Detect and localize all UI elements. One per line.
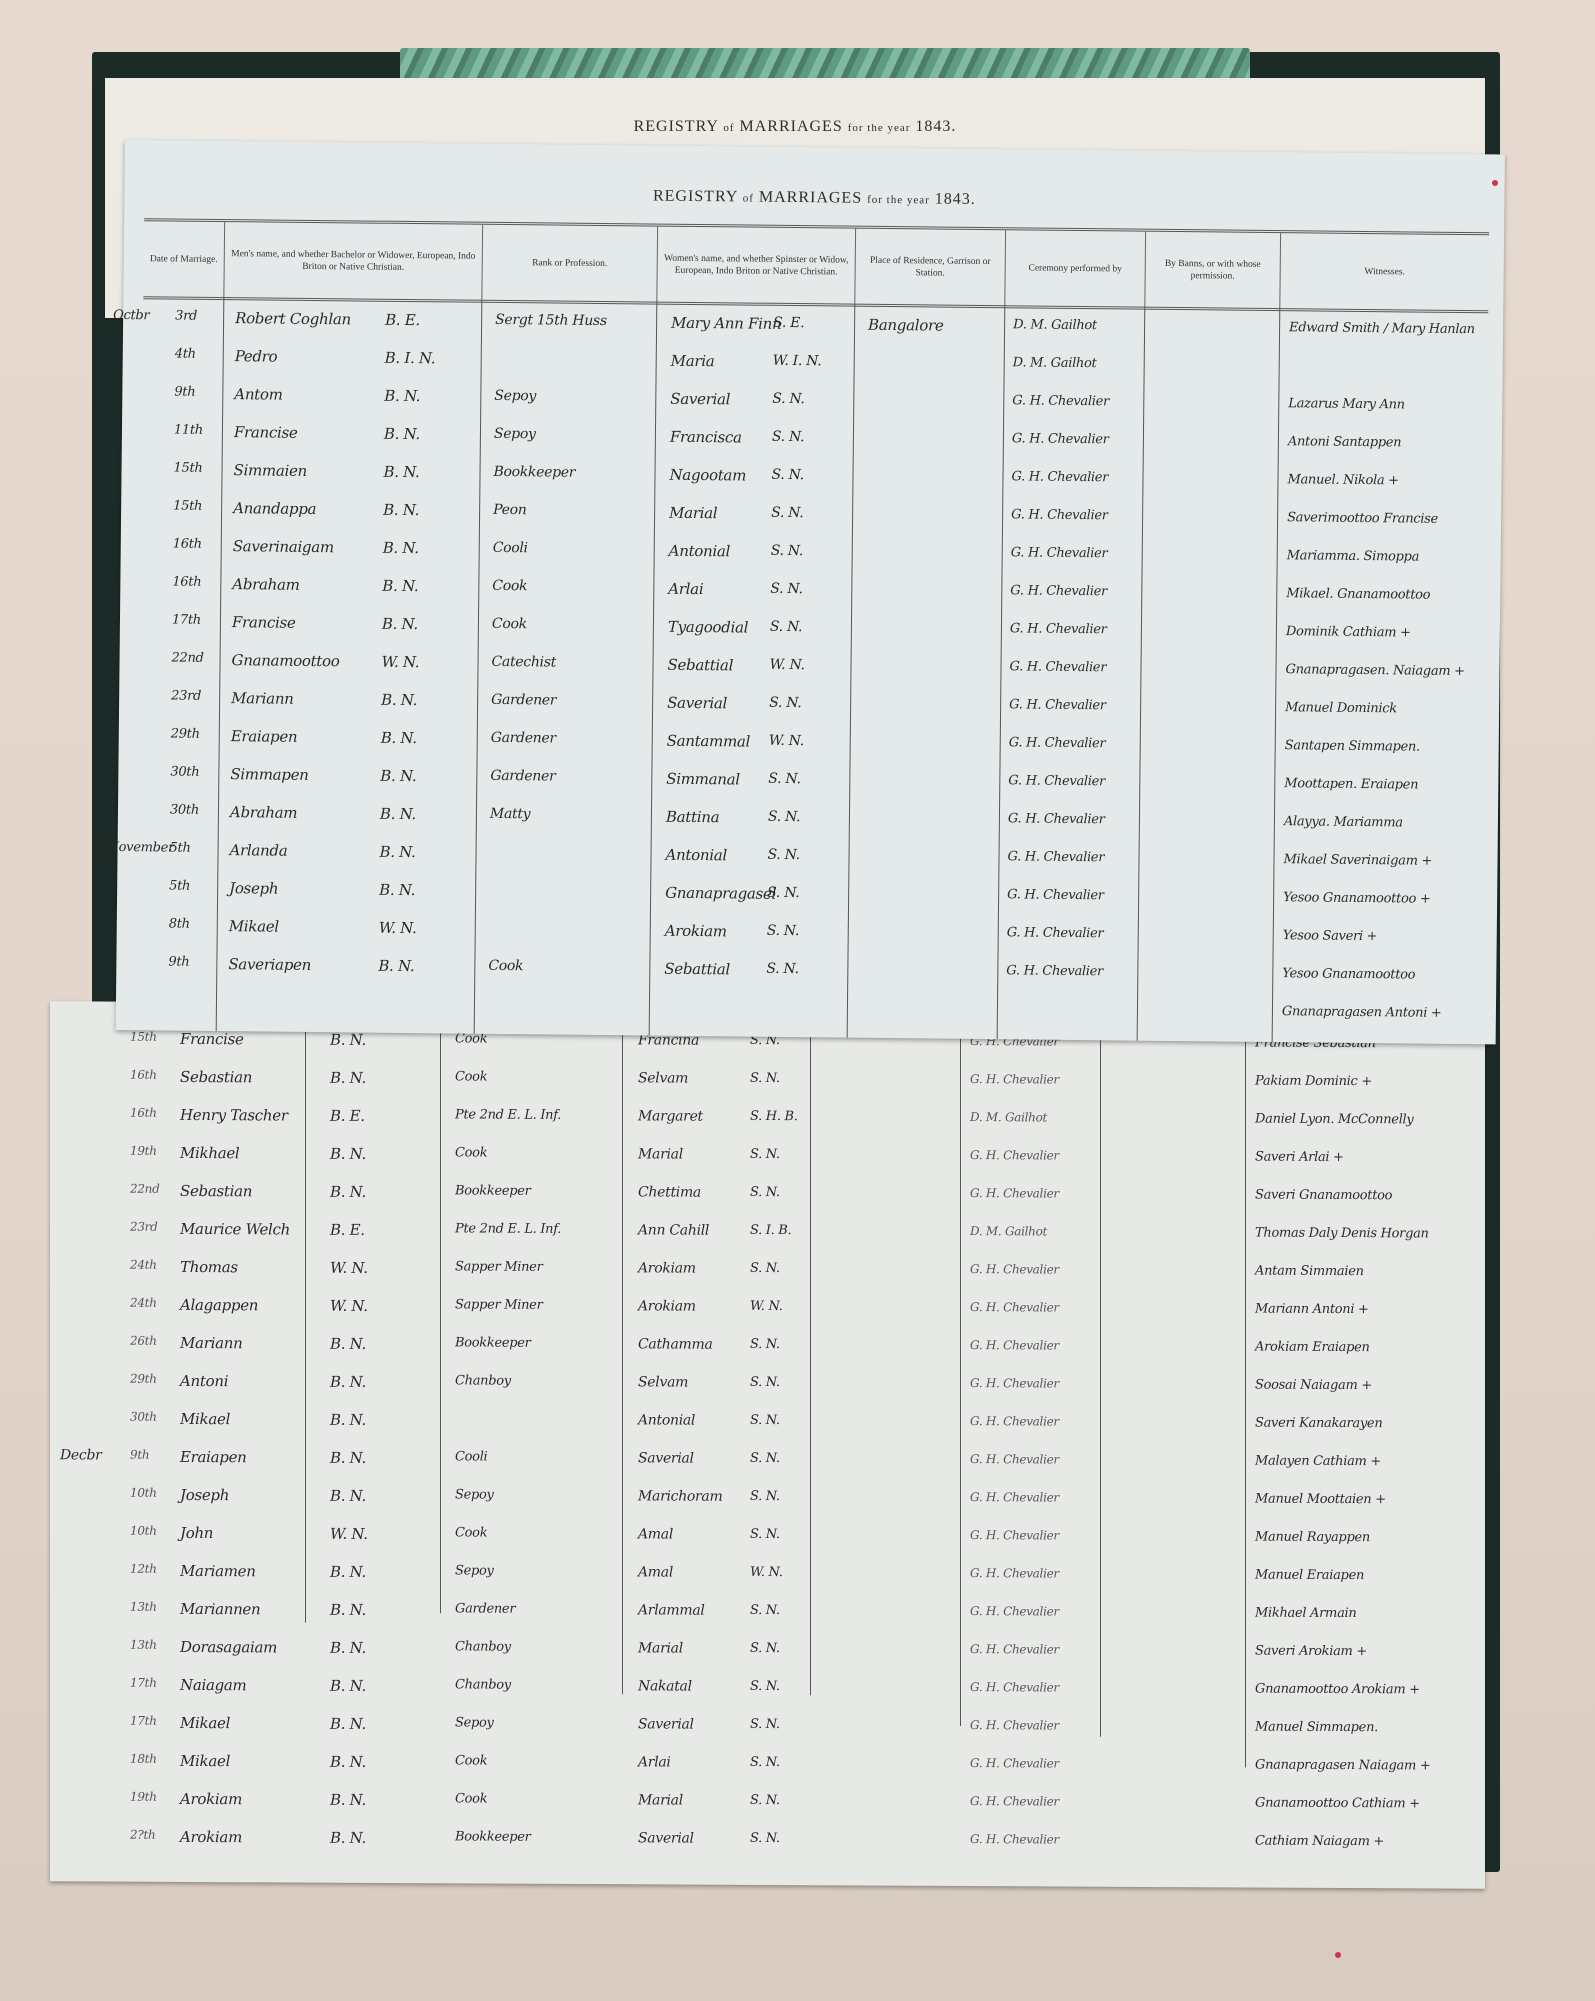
entry-date: 15th: [173, 461, 202, 476]
entry-womans-name: Mary Ann Finn: [671, 314, 781, 333]
entry-mans-status: B. N.: [330, 1183, 366, 1201]
entry-date: 24th: [130, 1258, 157, 1272]
entry-womans-status: S. N.: [766, 961, 798, 977]
entry-date: 17th: [172, 613, 201, 628]
entry-witnesses: Manuel Rayappen: [1255, 1530, 1370, 1546]
entry-profession: Bookkeeper: [455, 1829, 531, 1844]
entry-mans-status: B. N.: [384, 387, 420, 405]
entry-date: 9th: [130, 1448, 149, 1462]
entry-profession: Sepoy: [494, 426, 536, 442]
entry-mans-name: Thomas: [180, 1258, 238, 1276]
title-word: of: [723, 122, 734, 134]
front-register-page: REGISTRY of MARRIAGES for the year 1843.…: [116, 140, 1505, 1044]
column-rule: [440, 1003, 441, 1613]
entry-mans-status: B. E.: [330, 1107, 365, 1125]
entry-date: 26th: [130, 1334, 157, 1348]
entry-womans-status: S. N.: [771, 505, 803, 521]
entry-officiant: G. H. Chevalier: [970, 1490, 1059, 1504]
entry-womans-name: Arlai: [638, 1754, 671, 1770]
entry-officiant: G. H. Chevalier: [970, 1452, 1059, 1466]
entry-mans-status: B. N.: [381, 691, 417, 709]
entry-profession: Gardener: [455, 1601, 515, 1616]
entry-mans-name: Mariannen: [180, 1600, 260, 1618]
entry-mans-name: Abraham: [232, 575, 299, 594]
entry-womans-name: Saverial: [638, 1830, 694, 1846]
entry-profession: Matty: [490, 806, 531, 822]
title-word: MARRIAGES: [739, 118, 842, 135]
entry-mans-name: Mikael: [180, 1410, 230, 1428]
entry-date: 2?th: [130, 1828, 155, 1842]
entry-womans-name: Maria: [671, 352, 715, 370]
entry-officiant: G. H. Chevalier: [970, 1338, 1059, 1352]
entry-profession: Sapper Miner: [455, 1297, 543, 1312]
entry-month: Octbr: [113, 308, 149, 323]
entry-womans-status: S. N.: [750, 1147, 780, 1162]
entry-date: 10th: [130, 1524, 157, 1538]
entry-mans-status: B. E.: [330, 1221, 365, 1239]
entry-mans-name: Arokiam: [180, 1828, 242, 1846]
entry-womans-status: S. N.: [770, 581, 802, 597]
entry-witnesses: Cathiam Naiagam +: [1255, 1834, 1384, 1850]
entry-mans-name: Mariann: [231, 689, 294, 708]
entry-womans-name: Gnanapragasel: [665, 884, 776, 903]
entry-mans-name: Anandappa: [233, 499, 316, 518]
entry-mans-status: B. N.: [330, 1031, 366, 1049]
column-rule: [474, 300, 483, 1034]
entry-mans-status: B. N.: [330, 1373, 366, 1391]
entry-mans-status: B. N.: [383, 539, 419, 557]
title-year: 1843.: [915, 118, 956, 135]
entry-mans-name: Maurice Welch: [180, 1220, 290, 1239]
entry-mans-name: Antoni: [180, 1372, 228, 1390]
entry-profession: Chanboy: [455, 1677, 511, 1692]
entry-witnesses: Gnanapragasen Naiagam +: [1255, 1758, 1430, 1774]
entry-officiant: G. H. Chevalier: [970, 1186, 1059, 1200]
entry-womans-name: Francisca: [670, 428, 742, 447]
entry-womans-status: S. N.: [750, 1375, 780, 1390]
column-header-row: Date of Marriage. Men's name, and whethe…: [143, 218, 1489, 313]
title-word: for the year: [848, 122, 911, 134]
entry-mans-name: Pedro: [235, 347, 278, 365]
entry-womans-name: Marichoram: [638, 1488, 722, 1504]
entry-officiant: G. H. Chevalier: [970, 1756, 1059, 1770]
entry-officiant: G. H. Chevalier: [970, 1604, 1059, 1618]
entry-date: 17th: [130, 1714, 157, 1728]
entry-womans-status: S. N.: [750, 1527, 780, 1542]
entry-womans-status: S. N.: [750, 1679, 780, 1694]
entry-mans-name: Joseph: [229, 879, 278, 898]
entry-witnesses: Manuel Eraiapen: [1255, 1568, 1364, 1584]
entry-womans-name: Saverial: [667, 694, 727, 713]
entry-witnesses: Alayya. Mariamma: [1284, 814, 1403, 830]
entry-mans-status: B. I. N.: [385, 349, 436, 368]
entry-date: 18th: [130, 1752, 157, 1766]
entry-date: 3rd: [175, 309, 197, 324]
entry-womans-status: S. N.: [769, 695, 801, 711]
entry-profession: Gardener: [490, 768, 555, 785]
entry-witnesses: Gnanapragasen. Naiagam +: [1285, 662, 1464, 679]
entry-profession: Chanboy: [455, 1639, 511, 1654]
entry-officiant: G. H. Chevalier: [970, 1262, 1059, 1276]
entry-womans-name: Simmanal: [666, 770, 740, 789]
entry-witnesses: Antoni Santappen: [1288, 434, 1402, 450]
entry-mans-status: B. N.: [382, 615, 418, 633]
entry-officiant: G. H. Chevalier: [970, 1680, 1059, 1694]
entry-womans-name: Chettima: [638, 1184, 701, 1200]
entry-mans-status: B. N.: [383, 501, 419, 519]
entry-mans-name: John: [180, 1524, 213, 1542]
entry-profession: Cook: [492, 616, 527, 632]
entry-profession: Sepoy: [455, 1715, 494, 1730]
entry-profession: Cooli: [455, 1449, 487, 1464]
entry-mans-status: B. N.: [330, 1449, 366, 1467]
lower-register-page: 15thFranciseB. N.CookFrancinaS. N.G. H. …: [50, 1001, 1485, 1889]
column-rule: [1272, 308, 1281, 1042]
entry-date: 29th: [171, 727, 200, 742]
entry-date: 23rd: [130, 1220, 158, 1234]
entry-officiant: G. H. Chevalier: [1012, 393, 1109, 409]
entry-profession: Cook: [455, 1145, 487, 1160]
entry-mans-name: Simmaien: [233, 461, 307, 480]
entry-mans-status: B. N.: [330, 1791, 366, 1809]
entry-date: 4th: [175, 347, 196, 362]
entry-womans-status: S. N.: [750, 1451, 780, 1466]
entry-mans-status: B. N.: [383, 463, 419, 481]
header-witnesses: Witnesses.: [1279, 233, 1489, 310]
entry-officiant: G. H. Chevalier: [1007, 887, 1104, 903]
entry-mans-name: Mikael: [180, 1714, 230, 1732]
entry-mans-name: Henry Tascher: [180, 1106, 288, 1125]
entry-profession: Sapper Miner: [455, 1259, 543, 1274]
entry-profession: Gardener: [491, 730, 556, 747]
column-rule: [847, 304, 856, 1038]
entry-officiant: D. M. Gailhot: [970, 1224, 1047, 1238]
entry-womans-name: Cathamma: [638, 1336, 713, 1352]
header-womans-name: Women's name, and whether Spinster or Wi…: [656, 227, 855, 304]
title-word: MARRIAGES: [759, 189, 862, 207]
entry-mans-status: B. N.: [330, 1677, 366, 1695]
entry-mans-name: Saveriapen: [228, 955, 311, 974]
entry-officiant: G. H. Chevalier: [970, 1414, 1059, 1428]
entry-witnesses: Dominik Cathiam +: [1286, 624, 1411, 640]
entry-womans-status: S. N.: [750, 1603, 780, 1618]
entry-witnesses: Soosai Naiagam +: [1255, 1378, 1372, 1394]
entry-mans-status: B. E.: [385, 311, 420, 329]
entry-mans-name: Mikhael: [180, 1144, 239, 1162]
entry-womans-status: S. N.: [768, 771, 800, 787]
column-rule: [997, 305, 1006, 1039]
entry-mans-status: B. N.: [330, 1069, 366, 1087]
entry-womans-status: S. N.: [770, 619, 802, 635]
header-ceremony: Ceremony performed by: [1004, 230, 1145, 306]
entry-witnesses: Arokiam Eraiapen: [1255, 1340, 1370, 1356]
entry-womans-name: Arokiam: [638, 1298, 696, 1314]
entry-womans-status: S. N.: [771, 543, 803, 559]
entry-womans-name: Sebattial: [667, 656, 733, 675]
entry-womans-status: S. N.: [772, 429, 804, 445]
entry-witnesses: Lazarus Mary Ann: [1288, 396, 1405, 412]
entry-mans-status: B. N.: [379, 843, 415, 861]
column-rule: [1100, 1007, 1101, 1737]
entry-profession: Cook: [488, 958, 523, 974]
entry-witnesses: Edward Smith / Mary Hanlan: [1289, 320, 1475, 337]
entry-date: 19th: [130, 1144, 157, 1158]
entry-witnesses: Yesoo Gnanamoottoo: [1282, 966, 1415, 982]
entry-date: 30th: [130, 1410, 157, 1424]
column-rule: [960, 1006, 961, 1726]
entry-officiant: G. H. Chevalier: [970, 1718, 1059, 1732]
entry-officiant: G. H. Chevalier: [970, 1566, 1059, 1580]
entry-profession: Bookkeeper: [493, 464, 575, 481]
entry-womans-status: S. H. B.: [750, 1109, 798, 1124]
header-date: Date of Marriage.: [143, 221, 224, 297]
entry-officiant: G. H. Chevalier: [970, 1642, 1059, 1656]
entry-officiant: G. H. Chevalier: [1012, 431, 1109, 447]
entry-womans-name: Arlai: [668, 580, 703, 598]
entry-womans-name: Nakatal: [638, 1678, 692, 1694]
entry-witnesses: Antam Simmaien: [1255, 1264, 1364, 1280]
entry-mans-status: B. N.: [330, 1145, 366, 1163]
entry-womans-name: Ann Cahill: [638, 1222, 709, 1238]
entry-mans-status: B. N.: [384, 425, 420, 443]
entry-mans-name: Mariann: [180, 1334, 242, 1352]
entry-mans-name: Eraiapen: [180, 1448, 247, 1466]
entry-profession: Sergt 15th Huss: [495, 312, 607, 329]
entry-womans-status: W. N.: [769, 657, 804, 673]
entry-witnesses: Mikael Saverinaigam +: [1283, 852, 1432, 869]
entry-womans-status: S. N.: [750, 1071, 780, 1086]
entry-womans-status: S. N.: [750, 1489, 780, 1504]
entry-date: 12th: [130, 1562, 157, 1576]
entry-mans-status: W. N.: [381, 653, 419, 671]
entry-profession: Cook: [455, 1069, 487, 1084]
entry-officiant: G. H. Chevalier: [1007, 925, 1104, 941]
column-rule: [1245, 1008, 1246, 1768]
entry-womans-status: S. N.: [750, 1261, 780, 1276]
entry-womans-status: S. N.: [768, 809, 800, 825]
column-rule: [1137, 307, 1146, 1041]
entry-mans-name: Simmapen: [230, 765, 308, 784]
entry-date: 5th: [169, 879, 190, 894]
entry-mans-name: Francise: [234, 423, 298, 442]
entry-date: 16th: [173, 537, 202, 552]
entry-witnesses: Manuel Simmapen.: [1255, 1720, 1378, 1736]
entry-officiant: G. H. Chevalier: [1011, 507, 1108, 523]
entry-womans-status: W. N.: [750, 1565, 783, 1580]
entry-womans-status: S. N.: [750, 1413, 780, 1428]
entry-mans-name: Dorasagaiam: [180, 1638, 277, 1657]
entry-month: November: [108, 840, 175, 856]
entry-profession: Peon: [493, 502, 526, 518]
entry-officiant: G. H. Chevalier: [970, 1072, 1059, 1086]
entry-mans-status: B. N.: [379, 881, 415, 899]
entry-womans-name: Battina: [666, 808, 720, 827]
entry-witnesses: Saveri Arlai +: [1255, 1150, 1344, 1165]
entry-officiant: G. H. Chevalier: [970, 1832, 1059, 1846]
entry-profession: Pte 2nd E. L. Inf.: [455, 1221, 561, 1237]
entry-mans-name: Arlanda: [229, 841, 287, 860]
entry-profession: Catechist: [491, 654, 556, 671]
entry-officiant: D. M. Gailhot: [1013, 317, 1097, 333]
entry-womans-status: S. N.: [767, 885, 799, 901]
entry-date: 5th: [170, 841, 191, 856]
entry-womans-name: Saverial: [638, 1450, 694, 1466]
column-rule: [622, 1004, 623, 1694]
entry-womans-name: Marial: [638, 1792, 683, 1808]
entry-date: 16th: [130, 1106, 157, 1120]
entry-witnesses: Malayen Cathiam +: [1255, 1454, 1381, 1470]
entry-date: 8th: [169, 917, 190, 932]
entry-officiant: G. H. Chevalier: [1010, 621, 1107, 637]
front-page-title: REGISTRY of MARRIAGES for the year 1843.: [124, 182, 1504, 214]
entry-mans-name: Mikael: [180, 1752, 230, 1770]
entry-officiant: G. H. Chevalier: [970, 1148, 1059, 1162]
entry-officiant: G. H. Chevalier: [970, 1528, 1059, 1542]
entry-womans-name: Selvam: [638, 1374, 688, 1390]
entry-womans-name: Santammal: [667, 732, 751, 751]
entry-mans-name: Mikael: [229, 917, 279, 936]
entry-profession: Cook: [455, 1753, 487, 1768]
entry-womans-name: Arlammal: [638, 1602, 705, 1618]
entry-womans-name: Selvam: [638, 1070, 688, 1086]
entry-witnesses: Manuel Moottaien +: [1255, 1492, 1386, 1508]
entry-mans-name: Francise: [180, 1030, 244, 1048]
header-rank: Rank or Profession.: [481, 225, 657, 302]
entry-womans-status: S. N.: [750, 1717, 780, 1732]
entry-mans-status: B. N.: [330, 1829, 366, 1847]
entry-mans-status: W. N.: [379, 919, 417, 937]
entry-witnesses: Saverimoottoo Francise: [1287, 510, 1438, 527]
entry-womans-name: Marial: [638, 1146, 683, 1162]
entry-womans-status: S. N.: [771, 467, 803, 483]
entry-date: 13th: [130, 1600, 157, 1614]
ink-mark: [1335, 1952, 1341, 1958]
entry-witnesses: Manuel. Nikola +: [1287, 472, 1398, 488]
entry-date: 10th: [130, 1486, 157, 1500]
entry-officiant: G. H. Chevalier: [970, 1794, 1059, 1808]
entry-date: 24th: [130, 1296, 157, 1310]
entry-mans-name: Sebastian: [180, 1068, 252, 1086]
entry-mans-status: W. N.: [330, 1259, 368, 1277]
entry-witnesses: Thomas Daly Denis Horgan: [1255, 1226, 1429, 1242]
entry-date: 16th: [130, 1068, 157, 1082]
entry-mans-status: B. N.: [330, 1335, 366, 1353]
entry-womans-status: W. N.: [750, 1299, 783, 1314]
entry-date: 22nd: [171, 651, 203, 666]
entry-date: 30th: [170, 803, 199, 818]
entry-womans-status: S. N.: [750, 1755, 780, 1770]
entry-officiant: G. H. Chevalier: [1009, 697, 1106, 713]
entry-witnesses: Mariann Antoni +: [1255, 1302, 1369, 1318]
entry-mans-name: Sebastian: [180, 1182, 252, 1200]
entry-date: 9th: [168, 954, 189, 969]
entry-mans-status: B. N.: [330, 1639, 366, 1657]
column-rule: [216, 297, 225, 1031]
entry-date: 16th: [172, 575, 201, 590]
entry-profession: Chanboy: [455, 1373, 511, 1388]
entry-mans-name: Joseph: [180, 1486, 229, 1504]
entry-mans-name: Naiagam: [180, 1676, 246, 1694]
title-word: REGISTRY: [653, 188, 738, 206]
entry-officiant: G. H. Chevalier: [1010, 583, 1107, 599]
entry-officiant: D. M. Gailhot: [970, 1110, 1047, 1124]
entry-officiant: G. H. Chevalier: [1008, 773, 1105, 789]
entry-witnesses: Saveri Kanakarayen: [1255, 1416, 1382, 1432]
entry-officiant: G. H. Chevalier: [1009, 659, 1106, 675]
entry-officiant: G. H. Chevalier: [1011, 469, 1108, 485]
ink-mark: [1492, 180, 1498, 186]
back-page-title: REGISTRY of MARRIAGES for the year 1843.: [105, 118, 1485, 136]
entry-womans-status: S. N.: [750, 1831, 780, 1846]
entry-witnesses: Mikael. Gnanamoottoo: [1286, 586, 1430, 603]
entry-witnesses: Saveri Arokiam +: [1255, 1644, 1367, 1660]
entry-profession: Gardener: [491, 692, 556, 709]
entry-date: 11th: [174, 423, 203, 438]
title-word: of: [743, 192, 754, 204]
entry-womans-status: S. N.: [767, 923, 799, 939]
entry-womans-name: Antonial: [638, 1412, 695, 1428]
entry-date: 30th: [170, 765, 199, 780]
entry-date: 17th: [130, 1676, 157, 1690]
entry-date: 19th: [130, 1790, 157, 1804]
entry-profession: Cooli: [493, 540, 528, 556]
entry-womans-name: Arokiam: [638, 1260, 696, 1276]
header-banns: By Banns, or with whose permission.: [1144, 232, 1280, 308]
entry-witnesses: Mariamma. Simoppa: [1287, 548, 1420, 564]
entry-month: Decbr: [60, 1447, 102, 1463]
entry-mans-status: B. N.: [330, 1563, 366, 1581]
header-residence: Place of Residence, Garrison or Station.: [854, 229, 1005, 306]
entry-mans-name: Antom: [234, 385, 282, 404]
entry-womans-status: S. I. B.: [750, 1223, 791, 1238]
entry-witnesses: Moottapen. Eraiapen: [1284, 776, 1418, 792]
entry-profession: Sepoy: [455, 1563, 494, 1578]
entry-officiant: D. M. Gailhot: [1013, 355, 1097, 371]
entry-mans-name: Alagappen: [180, 1296, 258, 1314]
entry-witnesses: Mikhael Armain: [1255, 1606, 1356, 1622]
entry-womans-name: Antonial: [669, 542, 731, 561]
entry-profession: Cook: [455, 1791, 487, 1806]
entry-profession: Pte 2nd E. L. Inf.: [455, 1107, 561, 1123]
entry-date: 23rd: [171, 689, 201, 704]
title-word: REGISTRY: [634, 118, 719, 135]
entry-womans-status: S. N.: [750, 1337, 780, 1352]
entry-officiant: G. H. Chevalier: [1008, 811, 1105, 827]
entry-officiant: G. H. Chevalier: [1007, 849, 1104, 865]
entry-date: 9th: [174, 385, 195, 400]
entry-officiant: G. H. Chevalier: [970, 1300, 1059, 1314]
entry-mans-status: B. N.: [330, 1487, 366, 1505]
entry-womans-name: Saverial: [638, 1716, 694, 1732]
entry-mans-status: B. N.: [382, 577, 418, 595]
entry-witnesses: Yesoo Saveri +: [1283, 928, 1378, 944]
entry-date: 15th: [130, 1030, 157, 1044]
entry-mans-status: B. N.: [330, 1601, 366, 1619]
entry-officiant: G. H. Chevalier: [1006, 963, 1103, 979]
entry-profession: Bookkeeper: [455, 1335, 531, 1350]
column-rule: [810, 1005, 811, 1695]
header-mans-name: Men's name, and whether Bachelor or Wido…: [223, 222, 482, 300]
entry-mans-status: B. N.: [380, 805, 416, 823]
entry-mans-status: B. N.: [378, 957, 414, 975]
column-rule: [305, 1003, 306, 1623]
entry-date: 29th: [130, 1372, 157, 1386]
entry-womans-status: S. N.: [750, 1185, 780, 1200]
entry-witnesses: Gnanamoottoo Cathiam +: [1255, 1796, 1420, 1812]
entry-officiant: G. H. Chevalier: [970, 1376, 1059, 1390]
entry-mans-name: Mariamen: [180, 1562, 256, 1580]
entry-mans-name: Robert Coghlan: [235, 309, 351, 328]
